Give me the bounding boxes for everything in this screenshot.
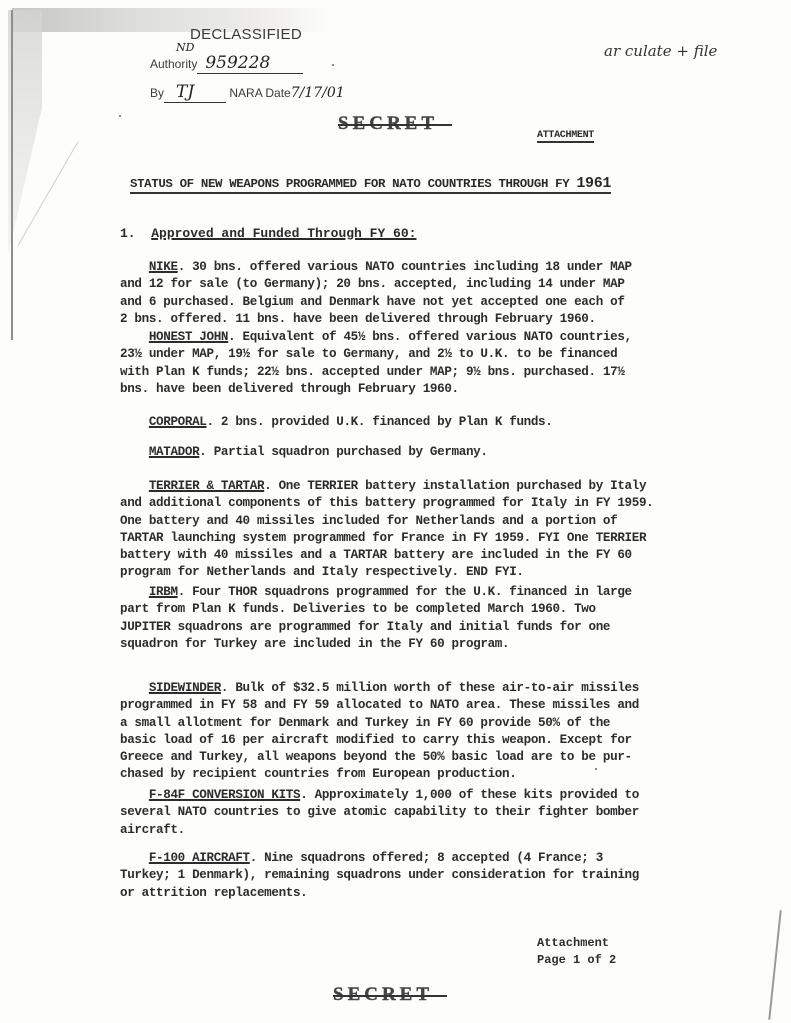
stamp-nara-date: 7/17/01 xyxy=(291,85,345,101)
weapon-name: F-100 AIRCRAFT xyxy=(149,851,250,865)
weapon-name: F-84F CONVERSION KITS xyxy=(149,788,300,802)
scan-fold-shadow xyxy=(8,10,42,255)
paragraph-corporal: CORPORAL. 2 bns. provided U.K. financed … xyxy=(120,414,700,431)
weapon-name: SIDEWINDER xyxy=(149,681,221,695)
classification-marking-bottom: SECRET xyxy=(333,984,433,1006)
paragraph-terrier-tartar: TERRIER & TARTAR. One TERRIER battery in… xyxy=(120,478,700,582)
scan-speck xyxy=(119,115,121,117)
paragraph-f84f-kits: F-84F CONVERSION KITS. Approximately 1,0… xyxy=(120,787,700,839)
stamp-nara-label: NARA Date xyxy=(229,86,290,100)
stamp-by-value: TJ xyxy=(176,82,194,102)
stamp-authority-prefix: ND xyxy=(176,40,194,54)
section-heading: 1. Approved and Funded Through FY 60: xyxy=(120,226,416,241)
stamp-title: DECLASSIFIED xyxy=(190,26,302,43)
stamp-authority-value: 959228 xyxy=(205,53,270,73)
handwritten-note: ar culate + file xyxy=(604,42,717,60)
section-title: Approved and Funded Through FY 60: xyxy=(151,226,416,241)
scan-speck xyxy=(595,768,597,770)
paragraph-sidewinder: SIDEWINDER. Bulk of $32.5 million worth … xyxy=(120,680,700,784)
weapon-name: HONEST JOHN xyxy=(149,330,228,344)
section-number: 1. xyxy=(120,226,136,241)
document-title: STATUS OF NEW WEAPONS PROGRAMMED FOR NAT… xyxy=(130,176,611,194)
paragraph-f100-aircraft: F-100 AIRCRAFT. Nine squadrons offered; … xyxy=(120,850,700,902)
page-footer-attachment: Attachment Page 1 of 2 xyxy=(537,935,616,969)
weapon-name: MATADOR xyxy=(149,445,199,459)
stamp-authority-row: Authority959228 xyxy=(150,53,303,74)
weapon-name: IRBM xyxy=(149,585,178,599)
document-page: DECLASSIFIED ND Authority959228 ByTJ NAR… xyxy=(0,0,791,1023)
classification-marking-top: SECRET xyxy=(338,113,438,135)
paragraph-nike: NIKE. 30 bns. offered various NATO count… xyxy=(120,259,700,328)
paragraph-irbm: IRBM. Four THOR squadrons programmed for… xyxy=(120,584,700,653)
stamp-by-label: By xyxy=(150,86,164,100)
scan-right-edge xyxy=(768,910,781,1020)
stamp-by-row: ByTJ NARA Date7/17/01 xyxy=(150,82,345,103)
scan-left-edge xyxy=(11,10,13,340)
paragraph-honest-john: HONEST JOHN. Equivalent of 45½ bns. offe… xyxy=(120,329,700,398)
weapon-name: NIKE xyxy=(149,260,178,274)
stamp-authority-label: Authority xyxy=(150,57,197,71)
attachment-label: ATTACHMENT xyxy=(537,130,594,143)
weapon-name: TERRIER & TARTAR xyxy=(149,479,264,493)
paragraph-matador: MATADOR. Partial squadron purchased by G… xyxy=(120,444,700,461)
scan-speck xyxy=(332,64,334,66)
weapon-name: CORPORAL xyxy=(149,415,207,429)
